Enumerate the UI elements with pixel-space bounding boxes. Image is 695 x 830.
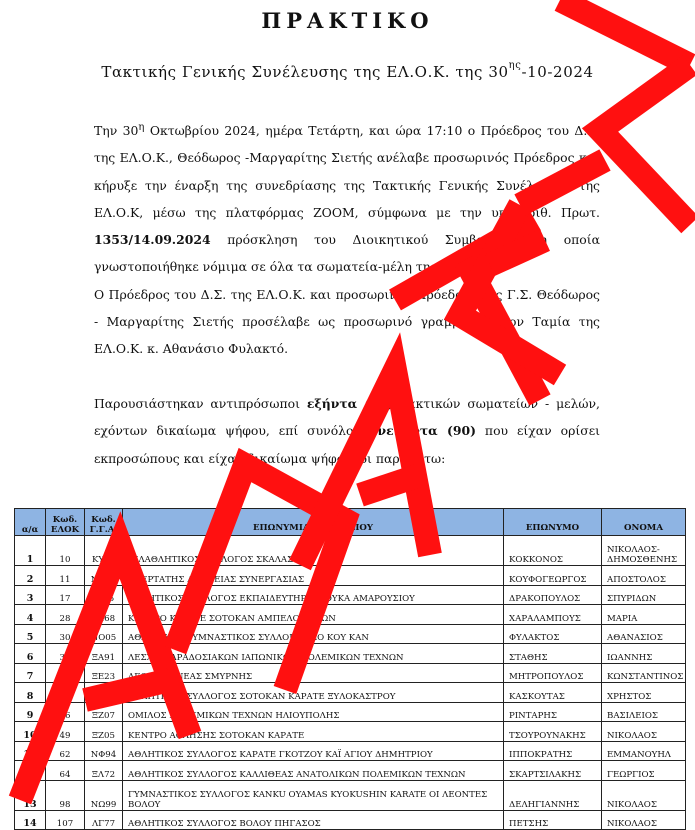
col-club-name-cell: ΥΠΕΡΤΑΤΗΣ ΑΛΗΘΕΙΑΣ ΣΥΝΕΡΓΑΣΙΑΣ — [123, 566, 504, 586]
table-row: 14107ΛΓ77ΑΘΛΗΤΙΚΟΣ ΣΥΛΛΟΓΟΣ ΒΟΛΟΥ ΠΗΓΑΣΟ… — [15, 810, 686, 830]
document-subtitle: Τακτικής Γενικής Συνέλευσης της ΕΛ.Ο.Κ. … — [0, 63, 695, 81]
col-index-cell: 5 — [15, 624, 46, 644]
col-first-name-cell: ΙΩΑΝΝΗΣ — [602, 644, 686, 664]
col-elok-code-cell: 11 — [46, 566, 85, 586]
col-surname-cell: ΧΑΡΑΛΑΜΠΟΥΣ — [504, 605, 602, 625]
col-elok-code-cell: 28 — [46, 605, 85, 625]
document-title: ΠΡΑΚΤΙΚΟ — [0, 8, 695, 33]
col-club-name-cell: ΑΘΛΗΤΙΚΟΣ ΓΥΜΝΑΣΤΙΚΟΣ ΣΥΛΛΟΓΟΣ ΣΟ ΚΟΥ ΚΑ… — [123, 624, 504, 644]
table-row: 1049ΞΖ05ΚΕΝΤΡΟ ΑΘΛΗΣΗΣ ΣΟΤΟΚΑΝ ΚΑΡΑΤΕΤΣΟ… — [15, 722, 686, 742]
col-elok-code-cell: 49 — [46, 722, 85, 742]
col-elok-code-cell: 64 — [46, 761, 85, 781]
header-col-club-name: ΕΠΩΝΥΜΙΑ ΣΩΜΑΤΕΙΟΥ — [123, 509, 504, 536]
table-row: 1162ΝΦ94ΑΘΛΗΤΙΚΟΣ ΣΥΛΛΟΓΟΣ ΚΑΡΑΤΕ ΓΚΟΤΖΟ… — [15, 741, 686, 761]
col-elok-code-cell: 36 — [46, 663, 85, 683]
col-surname-cell: ΡΙΝΤΑΡΗΣ — [504, 702, 602, 722]
col-index-cell: 10 — [15, 722, 46, 742]
total-count: ενενήντα (90) — [370, 423, 476, 438]
table-row: 317ΙΘ85ΑΘΛΗΤΙΚΟΣ ΣΥΛΛΟΓΟΣ ΕΚΠΑΙΔΕΥΤΗΡΙΑ … — [15, 585, 686, 605]
col-gga-code-cell: ΞΖ07 — [85, 702, 123, 722]
table-body: 110ΚΥ21ΦΙΛΑΘΛΗΤΙΚΟΣ ΣΥΛΛΟΓΟΣ ΣΚΑΛΑΣΚΟΚΚΟ… — [15, 536, 686, 830]
present-count: εξήντα (60) — [307, 396, 394, 411]
col-gga-code-cell: ΙΘ85 — [85, 585, 123, 605]
col-elok-code-cell: 107 — [46, 810, 85, 830]
col-surname-cell: ΚΟΥΦΟΓΕΩΡΓΟΣ — [504, 566, 602, 586]
col-club-name-cell: ΦΙΛΑΘΛΗΤΙΚΟΣ ΣΥΛΛΟΓΟΣ ΣΚΑΛΑΣ — [123, 536, 504, 566]
attendance-text: Παρουσιάστηκαν αντιπρόσωποι — [94, 396, 307, 411]
col-elok-code-cell: 62 — [46, 741, 85, 761]
col-gga-code-cell: ΝΩ99 — [85, 780, 123, 810]
table-header-row: α/αΚωδ. ΕΛΟΚΚωδ. Γ.Γ.Α.ΕΠΩΝΥΜΙΑ ΣΩΜΑΤΕΙΟ… — [15, 509, 686, 536]
col-surname-cell: ΜΗΤΡΟΠΟΥΛΟΣ — [504, 663, 602, 683]
table-row: 530ΝΟ05ΑΘΛΗΤΙΚΟΣ ΓΥΜΝΑΣΤΙΚΟΣ ΣΥΛΛΟΓΟΣ ΣΟ… — [15, 624, 686, 644]
col-index-cell: 11 — [15, 741, 46, 761]
col-club-name-cell: ΛΕΣΧΗ ΠΑΡΑΔΟΣΙΑΚΩΝ ΙΑΠΩΝΙΚΩΝ ΠΟΛΕΜΙΚΩΝ Τ… — [123, 644, 504, 664]
opening-paragraph: Την 30η Οκτωβρίου 2024, ημέρα Τετάρτη, κ… — [94, 117, 600, 363]
col-surname-cell: ΣΚΑΡΤΣΙΛΑΚΗΣ — [504, 761, 602, 781]
col-first-name-cell: ΝΙΚΟΛΑΟΣ — [602, 810, 686, 830]
col-gga-code-cell: ΚΥ21 — [85, 536, 123, 566]
col-gga-code-cell: ΞΕ68 — [85, 605, 123, 625]
col-elok-code-cell: 45 — [46, 683, 85, 703]
col-club-name-cell: ΟΜΙΛΟΣ ΠΟΛΕΜΙΚΩΝ ΤΕΧΝΩΝ ΗΛΙΟΥΠΟΛΗΣ — [123, 702, 504, 722]
col-gga-code-cell: ΝΦ94 — [85, 741, 123, 761]
col-club-name-cell: ΓΥΜΝΑΣΤΙΚΟΣ ΣΥΛΛΟΓΟΣ KANKU OYAMAS KYOKUS… — [123, 780, 504, 810]
table-row: 845ΞΖ10ΑΘΛΗΤΙΚΟΣ ΣΥΛΛΟΓΟΣ ΣΟΤΟΚΑΝ ΚΑΡΑΤΕ… — [15, 683, 686, 703]
col-first-name-cell: ΓΕΩΡΓΙΟΣ — [602, 761, 686, 781]
col-index-cell: 12 — [15, 761, 46, 781]
col-index-cell: 3 — [15, 585, 46, 605]
col-surname-cell: ΚΟΚΚΟΝΟΣ — [504, 536, 602, 566]
header-col-gga-code: Κωδ. Γ.Γ.Α. — [85, 509, 123, 536]
col-club-name-cell: ΑΘΛΗΤΙΚΟΣ ΣΥΛΛΟΓΟΣ ΣΟΤΟΚΑΝ ΚΑΡΑΤΕ ΞΥΛΟΚΑ… — [123, 683, 504, 703]
col-first-name-cell: ΝΙΚΟΛΑΟΣ-ΔΗΜΟΣΘΕΝΗΣ — [602, 536, 686, 566]
table-row: 1264ΞΛ72ΑΘΛΗΤΙΚΟΣ ΣΥΛΛΟΓΟΣ ΚΑΛΛΙΘΕΑΣ ΑΝΑ… — [15, 761, 686, 781]
col-index-cell: 14 — [15, 810, 46, 830]
col-first-name-cell: ΑΘΑΝΑΣΙΟΣ — [602, 624, 686, 644]
col-index-cell: 6 — [15, 644, 46, 664]
col-elok-code-cell: 46 — [46, 702, 85, 722]
col-first-name-cell: ΑΠΟΣΤΟΛΟΣ — [602, 566, 686, 586]
col-index-cell: 8 — [15, 683, 46, 703]
col-index-cell: 7 — [15, 663, 46, 683]
col-gga-code-cell: ΞΛ72 — [85, 761, 123, 781]
col-surname-cell: ΠΕΤΣΗΣ — [504, 810, 602, 830]
table-row: 110ΚΥ21ΦΙΛΑΘΛΗΤΙΚΟΣ ΣΥΛΛΟΓΟΣ ΣΚΑΛΑΣΚΟΚΚΟ… — [15, 536, 686, 566]
col-surname-cell: ΚΑΣΚΟΥΤΑΣ — [504, 683, 602, 703]
col-index-cell: 13 — [15, 780, 46, 810]
col-index-cell: 1 — [15, 536, 46, 566]
col-elok-code-cell: 30 — [46, 624, 85, 644]
col-club-name-cell: ΚΕΝΤΡΟ ΑΘΛΗΣΗΣ ΣΟΤΟΚΑΝ ΚΑΡΑΤΕ — [123, 722, 504, 742]
col-first-name-cell: ΧΡΗΣΤΟΣ — [602, 683, 686, 703]
col-club-name-cell: ΚΕΝΤΡΟ ΚΑΡΑΤΕ ΣΟΤΟΚΑΝ ΑΜΠΕΛΟΚΗΠΩΝ — [123, 605, 504, 625]
protocol-number: 1353/14.09.2024 — [94, 232, 211, 247]
subtitle-date: -10-2024 — [521, 63, 593, 81]
col-first-name-cell: ΚΩΝΣΤΑΝΤΙΝΟΣ — [602, 663, 686, 683]
attendance-paragraph: Παρουσιάστηκαν αντιπρόσωποι εξήντα (60) … — [94, 390, 600, 472]
col-surname-cell: ΔΡΑΚΟΠΟΥΛΟΣ — [504, 585, 602, 605]
col-first-name-cell: ΝΙΚΟΛΑΟΣ — [602, 780, 686, 810]
col-gga-code-cell: ΝΟ05 — [85, 624, 123, 644]
col-surname-cell: ΔΕΛΗΓΙΑΝΝΗΣ — [504, 780, 602, 810]
col-elok-code-cell: 17 — [46, 585, 85, 605]
subtitle-ordinal: ης — [509, 60, 522, 71]
col-first-name-cell: ΜΑΡΙΑ — [602, 605, 686, 625]
col-surname-cell: ΦΥΛΑΚΤΟΣ — [504, 624, 602, 644]
opening-text: Οκτωβρίου 2024, ημέρα Τετάρτη, και ώρα 1… — [94, 123, 600, 220]
header-col-elok-code: Κωδ. ΕΛΟΚ — [46, 509, 85, 536]
col-surname-cell: ΤΣΟΥΡΟΥΝΑΚΗΣ — [504, 722, 602, 742]
col-gga-code-cell: ΞΑ91 — [85, 644, 123, 664]
col-elok-code-cell: 35 — [46, 644, 85, 664]
col-club-name-cell: ΑΘΛΗΤΙΚΟΣ ΣΥΛΛΟΓΟΣ ΚΑΛΛΙΘΕΑΣ ΑΝΑΤΟΛΙΚΩΝ … — [123, 761, 504, 781]
col-gga-code-cell: ΞΖ10 — [85, 683, 123, 703]
col-elok-code-cell: 10 — [46, 536, 85, 566]
header-col-index: α/α — [15, 509, 46, 536]
table-row: 736ΞΕ23ΛΕΟΝΤΕΣ ΝΕΑΣ ΣΜΥΡΝΗΣΜΗΤΡΟΠΟΥΛΟΣΚΩ… — [15, 663, 686, 683]
table-row: 946ΞΖ07ΟΜΙΛΟΣ ΠΟΛΕΜΙΚΩΝ ΤΕΧΝΩΝ ΗΛΙΟΥΠΟΛΗ… — [15, 702, 686, 722]
table-row: 1398ΝΩ99ΓΥΜΝΑΣΤΙΚΟΣ ΣΥΛΛΟΓΟΣ KANKU OYAMA… — [15, 780, 686, 810]
col-gga-code-cell: ΝΟ64 — [85, 566, 123, 586]
col-first-name-cell: ΝΙΚΟΛΑΟΣ — [602, 722, 686, 742]
col-surname-cell: ΣΤΑΘΗΣ — [504, 644, 602, 664]
header-col-first-name: ΟΝΟΜΑ — [602, 509, 686, 536]
col-index-cell: 4 — [15, 605, 46, 625]
col-gga-code-cell: ΛΓ77 — [85, 810, 123, 830]
col-gga-code-cell: ΞΖ05 — [85, 722, 123, 742]
table-row: 211ΝΟ64ΥΠΕΡΤΑΤΗΣ ΑΛΗΘΕΙΑΣ ΣΥΝΕΡΓΑΣΙΑΣΚΟΥ… — [15, 566, 686, 586]
secretary-text: Ο Πρόεδρος του Δ.Σ. της ΕΛ.Ο.Κ. και προσ… — [94, 287, 600, 357]
col-surname-cell: ΙΠΠΟΚΡΑΤΗΣ — [504, 741, 602, 761]
table-row: 635ΞΑ91ΛΕΣΧΗ ΠΑΡΑΔΟΣΙΑΚΩΝ ΙΑΠΩΝΙΚΩΝ ΠΟΛΕ… — [15, 644, 686, 664]
table-row: 428ΞΕ68ΚΕΝΤΡΟ ΚΑΡΑΤΕ ΣΟΤΟΚΑΝ ΑΜΠΕΛΟΚΗΠΩΝ… — [15, 605, 686, 625]
opening-ordinal: η — [138, 122, 144, 133]
col-club-name-cell: ΑΘΛΗΤΙΚΟΣ ΣΥΛΛΟΓΟΣ ΕΚΠΑΙΔΕΥΤΗΡΙΑ ΔΟΥΚΑ Α… — [123, 585, 504, 605]
col-first-name-cell: ΕΜΜΑΝΟΥΗΛ — [602, 741, 686, 761]
col-first-name-cell: ΣΠΥΡΙΔΩΝ — [602, 585, 686, 605]
col-club-name-cell: ΑΘΛΗΤΙΚΟΣ ΣΥΛΛΟΓΟΣ ΒΟΛΟΥ ΠΗΓΑΣΟΣ — [123, 810, 504, 830]
col-elok-code-cell: 98 — [46, 780, 85, 810]
col-club-name-cell: ΑΘΛΗΤΙΚΟΣ ΣΥΛΛΟΓΟΣ ΚΑΡΑΤΕ ΓΚΟΤΖΟΥ ΚΑΪ ΑΓ… — [123, 741, 504, 761]
col-gga-code-cell: ΞΕ23 — [85, 663, 123, 683]
subtitle-text: Τακτικής Γενικής Συνέλευσης της ΕΛ.Ο.Κ. … — [101, 63, 508, 81]
col-club-name-cell: ΛΕΟΝΤΕΣ ΝΕΑΣ ΣΜΥΡΝΗΣ — [123, 663, 504, 683]
col-first-name-cell: ΒΑΣΙΛΕΙΟΣ — [602, 702, 686, 722]
attendees-table: α/αΚωδ. ΕΛΟΚΚωδ. Γ.Γ.Α.ΕΠΩΝΥΜΙΑ ΣΩΜΑΤΕΙΟ… — [14, 508, 686, 830]
opening-lead: Την 30 — [94, 123, 138, 138]
col-index-cell: 9 — [15, 702, 46, 722]
col-index-cell: 2 — [15, 566, 46, 586]
header-col-surname: ΕΠΩΝΥΜΟ — [504, 509, 602, 536]
